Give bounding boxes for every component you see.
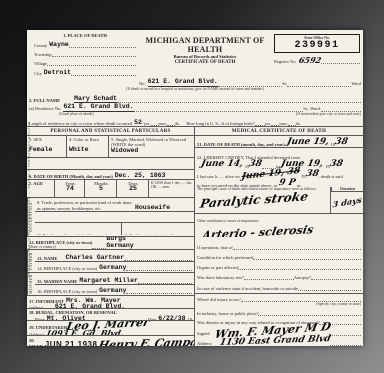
- violence-label: In case of violence state if accident, h…: [197, 286, 298, 291]
- undertaker-row: 19. UNDERTAKER Leo J. Marrer (Address) 1…: [27, 320, 194, 335]
- dob-row: 6. DATE OF BIRTH (Month, day and year) D…: [27, 169, 194, 179]
- operation-label: If operation, date of: [197, 245, 233, 250]
- dotted-rule: [287, 80, 351, 87]
- mother-birthplace-value: Germany: [99, 288, 126, 295]
- age-label: 7. AGE: [29, 181, 53, 186]
- father-group: FATHER 13. NAME Charles Gartner 14. BIRT…: [27, 249, 194, 272]
- age-days-value: 25: [119, 186, 147, 193]
- attended-from-value: June 14,: [200, 160, 244, 169]
- medical-column: MEDICAL CERTIFICATE OF DEATH 21. DATE OF…: [195, 127, 363, 346]
- dotted-rule: [321, 57, 360, 64]
- physician-address-label: Address: [197, 341, 212, 346]
- lastworked-label: 10. Date deceased last worked at this oc…: [37, 234, 111, 235]
- dotted-rule: [241, 295, 361, 302]
- principal-cause-cell: The principal cause of death and related…: [195, 187, 330, 213]
- dotted-rule: [321, 105, 361, 112]
- sex-label: 3. SEX: [29, 137, 65, 142]
- undertaker-address-value: 1093 E. Gd. Blvd.: [45, 329, 124, 335]
- mother-birthplace-label: 16. BIRTHPLACE (city or town): [37, 289, 97, 294]
- dotted-rule: [253, 253, 361, 260]
- age-row: 7. AGE Years 74 Months 5 Days 25 If LESS…: [27, 179, 194, 197]
- bureau-subtitle: Bureau of Records and Statistics: [136, 54, 274, 59]
- signed-label: Signed: [197, 331, 210, 336]
- residence-row: (a) Residence No. 621 E. Grand Blvd. St.…: [27, 103, 363, 116]
- dotted-rule: [86, 315, 148, 320]
- date-of-death-row: 21. DATE OF DEATH (month, day, and year)…: [195, 135, 363, 147]
- industry-row: 9. Industry or business in which work wa…: [35, 211, 194, 222]
- sex-cell: 3. SEX Female: [27, 136, 67, 157]
- township-row: Township: [34, 48, 136, 57]
- dotted-rule: [124, 254, 192, 261]
- less-than-day-cell: If LESS than 1 day ......hrs. OR ......m…: [149, 180, 194, 197]
- residence-value: 621 E. Grand Blvd.: [63, 104, 133, 112]
- city-row: City Detroit: [34, 66, 136, 76]
- informant-address-value: 621 E. Grand Blvd.: [55, 304, 125, 309]
- county-value: Wayne: [49, 42, 69, 49]
- burial-year-prefix: 19: [188, 317, 193, 320]
- race-label: 4. Color or Race: [69, 137, 107, 142]
- dotted-rule: [92, 242, 106, 249]
- mother-group: MOTHER 15. MAIDEN NAME Margaret Miller 1…: [27, 272, 194, 295]
- state-office-number: 239991: [277, 40, 357, 51]
- age-years-cell: Years 74: [55, 180, 85, 197]
- father-body: 13. NAME Charles Gartner 14. BIRTHPLACE …: [35, 250, 194, 272]
- to-year-value: 38: [329, 160, 343, 169]
- sex-value: Female: [29, 147, 65, 154]
- mos-label-2: mos.: [279, 121, 288, 126]
- dotted-rule: [271, 119, 279, 126]
- from-year-value: 38: [248, 160, 262, 169]
- trade-row: 8. Trade, profession, or particular kind…: [35, 198, 194, 211]
- city-value: Detroit: [44, 70, 71, 77]
- lastworked-totaltime-row: 10. Date deceased last worked at this oc…: [35, 222, 194, 235]
- ds-label: ds.: [175, 121, 180, 126]
- dotted-rule: [330, 339, 361, 346]
- lastworked-cell: 10. Date deceased last worked at this oc…: [35, 223, 122, 235]
- full-name-row: 2. FULL NAME Mary Schadt: [27, 92, 363, 103]
- father-birthplace-row: 14. BIRTHPLACE (city or town) Germany: [35, 261, 194, 271]
- dotted-rule: [244, 273, 294, 280]
- death-time-value: 9 P: [278, 179, 296, 187]
- dotted-rule: [311, 273, 361, 280]
- less-than-day-note: If LESS than 1 day ......hrs. OR ......m…: [151, 181, 193, 189]
- father-name-value: Charles Gartner: [66, 255, 125, 262]
- register-label: Register No.: [274, 59, 297, 64]
- certificate-title: CERTIFICATE OF DEATH: [136, 60, 274, 65]
- registrar-signature: Henry F. Campau: [98, 336, 194, 346]
- yrs-label-2: yrs.: [265, 121, 272, 126]
- age-years-value: 74: [57, 186, 83, 193]
- race-cell: 4. Color or Race White: [67, 136, 109, 157]
- yrs-label: yrs.: [144, 121, 151, 126]
- autopsy-label: Autopsy?: [294, 275, 311, 280]
- dotted-rule: [218, 80, 282, 87]
- dotted-rule: [117, 96, 361, 103]
- dob-value: Dec. 25, 1863: [115, 173, 166, 180]
- mother-name-row: 15. MAIDEN NAME Margaret Miller: [35, 273, 194, 284]
- birthplace-row: 12. BIRTHPLACE (city or town) (State or …: [27, 236, 194, 249]
- signed-block: Was disease or injury in any way related…: [195, 316, 363, 346]
- office-number-block: State Office No. 239991 Register No. 659…: [274, 33, 360, 78]
- street-address-value: 621 E. Grand Blvd.: [148, 79, 218, 87]
- dotted-rule: [52, 50, 136, 57]
- header-title-block: MICHIGAN DEPARTMENT OF HEALTH Bureau of …: [136, 33, 274, 78]
- burial-place-value: Mt. Olivet: [47, 316, 86, 321]
- totaltime-cell: 11. Total time (years) spent in this occ…: [122, 223, 194, 235]
- medical-column-header: MEDICAL CERTIFICATE OF DEATH: [195, 127, 363, 135]
- village-label: Village: [34, 61, 47, 66]
- dotted-rule: [329, 329, 361, 336]
- contributory-label: Other contributory causes of importance:: [197, 219, 361, 223]
- no-label: No.: [139, 81, 146, 86]
- department-title: MICHIGAN DEPARTMENT OF HEALTH: [136, 36, 274, 54]
- length-residence-row: Length of residence in city or town wher…: [27, 116, 363, 126]
- township-label: Township: [34, 52, 52, 57]
- violence-row: In case of violence state if accident, h…: [195, 280, 363, 291]
- labtest-label: Was there laboratory test?: [197, 275, 244, 280]
- dotted-rule: [298, 284, 361, 291]
- father-birthplace-value: Germany: [99, 265, 126, 272]
- dotted-rule: [167, 119, 175, 126]
- filed-label: 20. FILED: [29, 338, 43, 346]
- occupation-group: OCCUPATION 8. Trade, profession, or part…: [27, 197, 194, 236]
- burial-date-label: Date: [148, 317, 157, 320]
- register-number-handwritten: 6592: [298, 56, 322, 64]
- dotted-rule: [47, 59, 136, 66]
- certify-block: 22. I HEREBY CERTIFY, That I attended de…: [195, 147, 363, 187]
- duration-label: Duration: [331, 187, 363, 192]
- contributory-value: Arterio - sclerosis: [201, 224, 314, 237]
- filed-date-stamp: JUN 21 1938: [45, 340, 98, 346]
- organs-row: Organs or part affected: [195, 260, 363, 270]
- mother-maiden-name-label: 15. MAIDEN NAME: [37, 279, 77, 284]
- industry-home-row: In industry, home or public place?: [195, 306, 363, 316]
- burial-date-value: 6/22/38: [158, 316, 185, 321]
- father-side-label: FATHER: [27, 250, 35, 272]
- mos-label: mos.: [159, 121, 168, 126]
- street-address-row: No. 621 E. Grand Blvd. St. Ward (If deat…: [27, 78, 363, 92]
- mother-side-label: MOTHER: [27, 273, 35, 295]
- marital-cell: 5. Single, Married, Widowed or Divorced …: [109, 136, 194, 157]
- father-name-label: 13. NAME: [37, 256, 58, 261]
- birthplace-sub-label: (State or country): [29, 245, 92, 249]
- mother-maiden-name-value: Margaret Miller: [79, 278, 138, 285]
- father-name-row: 13. NAME Charles Gartner: [35, 250, 194, 261]
- informant-row: 17. INFORMANT Mrs. Wm. Mayer (address) 6…: [27, 295, 194, 308]
- labtest-row: Was there laboratory test? Autopsy?: [195, 270, 363, 280]
- dotted-rule: [71, 69, 136, 76]
- injury-row: Where did injury occur? (Specify city, c…: [195, 293, 363, 306]
- death-certificate-page: WRITE PLAINLY, WITH UNFADING INK — THIS …: [27, 30, 363, 346]
- father-birthplace-label: 14. BIRTHPLACE (city or town): [37, 266, 97, 271]
- county-row: County Wayne: [34, 38, 136, 48]
- principal-cause-value: Paralytic stroke: [199, 190, 309, 209]
- death-said-label: ; death is said: [318, 174, 343, 179]
- top-section: 1. PLACE OF DEATH County Wayne Township …: [27, 30, 363, 78]
- cause-duration-value: 3 days: [332, 196, 362, 209]
- injury-label: Where did injury occur?: [197, 297, 241, 302]
- dob-label: 6. DATE OF BIRTH (Month, day and year): [29, 174, 113, 179]
- ds-label-2: ds.: [296, 121, 301, 126]
- dotted-rule: [258, 309, 361, 316]
- lastsaw-year-value: 38: [305, 170, 319, 179]
- nonresident-note: (If nonresident give city or town and st…: [296, 112, 361, 116]
- length-residence-value: 52: [134, 120, 142, 127]
- dotted-rule: [134, 105, 304, 112]
- operation-row: If operation, date of: [195, 239, 363, 250]
- dotted-rule: [233, 243, 361, 250]
- dotted-rule: [126, 264, 192, 271]
- dotted-rule: [238, 263, 361, 270]
- condition-label: Condition for which performed: [197, 255, 253, 260]
- mother-body: 15. MAIDEN NAME Margaret Miller 16. BIRT…: [35, 273, 194, 295]
- burial-place-label: Place: [35, 317, 45, 320]
- abode-note: (Usual place of abode): [59, 112, 93, 116]
- length-residence-label: Length of residence in city or town wher…: [29, 121, 132, 126]
- marital-value: Widowed: [111, 148, 193, 155]
- undertaker-address-label: (Address): [29, 333, 44, 335]
- ward-label: Ward: [351, 81, 361, 86]
- last-saw-label: I last saw h...... alive on: [197, 174, 240, 179]
- hospital-note: (If death occurred in a hospital or inst…: [29, 87, 361, 91]
- contributory-row: Other contributory causes of importance:…: [195, 213, 363, 237]
- place-of-death-block: 1. PLACE OF DEATH County Wayne Township …: [34, 33, 136, 78]
- occupation-side-label: OCCUPATION: [27, 198, 35, 236]
- age-days-cell: Days 25: [117, 180, 149, 197]
- county-label: County: [34, 43, 47, 48]
- spouse-row: 5a. If married, widowed or divorced HUSB…: [27, 157, 194, 169]
- trade-label: 8. Trade, profession, or particular kind…: [37, 200, 133, 211]
- dotted-rule: [288, 119, 296, 126]
- dotted-rule: [126, 287, 192, 294]
- occupation-body: 8. Trade, profession, or particular kind…: [35, 198, 194, 236]
- age-months-cell: Months 5: [85, 180, 117, 197]
- personal-column-header: PERSONAL AND STATISTICAL PARTICULARS: [27, 127, 194, 135]
- columns-section: PERSONAL AND STATISTICAL PARTICULARS 3. …: [27, 126, 363, 346]
- sex-race-marital-row: 3. SEX Female 4. Color or Race White 5. …: [27, 135, 194, 157]
- full-name-label: 2. FULL NAME: [29, 98, 60, 103]
- city-label: City: [34, 71, 42, 76]
- dotted-rule: [151, 119, 159, 126]
- date-of-death-value: June 19,: [286, 138, 330, 147]
- trade-value: Housewife: [135, 205, 170, 212]
- duration-cell: Duration 3 days: [330, 187, 363, 213]
- birthplace-country-value: Germany: [106, 243, 133, 250]
- register-row: Register No. 6592: [274, 53, 360, 64]
- village-row: Village: [34, 57, 136, 66]
- personal-column: PERSONAL AND STATISTICAL PARTICULARS 3. …: [27, 127, 195, 346]
- residence-label: (a) Residence No.: [29, 106, 61, 111]
- organs-label: Organs or part affected: [197, 265, 238, 270]
- state-office-box: State Office No. 239991: [274, 34, 360, 53]
- dotted-rule: [138, 277, 192, 284]
- physician-address-value: 1130 East Grand Blvd: [218, 335, 331, 346]
- full-name-value: Mary Schadt: [74, 96, 117, 104]
- race-value: White: [69, 147, 107, 154]
- dotted-rule: [69, 41, 136, 48]
- totaltime-label: 11. Total time (years) spent in this occ…: [124, 234, 176, 235]
- dotted-rule: [255, 119, 265, 126]
- dod-year-value: 38: [334, 138, 348, 147]
- principal-cause-row: The principal cause of death and related…: [195, 187, 363, 213]
- date-of-death-label: 21. DATE OF DEATH (month, day, and year): [197, 142, 285, 147]
- spouse-label: 5a. If married, widowed or divorced HUSB…: [29, 168, 147, 169]
- mother-birthplace-row: 16. BIRTHPLACE (city or town) Germany: [35, 284, 194, 294]
- age-months-value: 5: [87, 186, 115, 193]
- burial-row: 18. BURIAL, CREMATION, OR REMOVAL Place …: [27, 308, 194, 320]
- us-length-label: How long in U. S., if of foreign birth?: [186, 121, 254, 126]
- condition-row: Condition for which performed: [195, 250, 363, 260]
- filed-row: 20. FILED JUN 21 1938 Henry F. Campau: [27, 335, 194, 346]
